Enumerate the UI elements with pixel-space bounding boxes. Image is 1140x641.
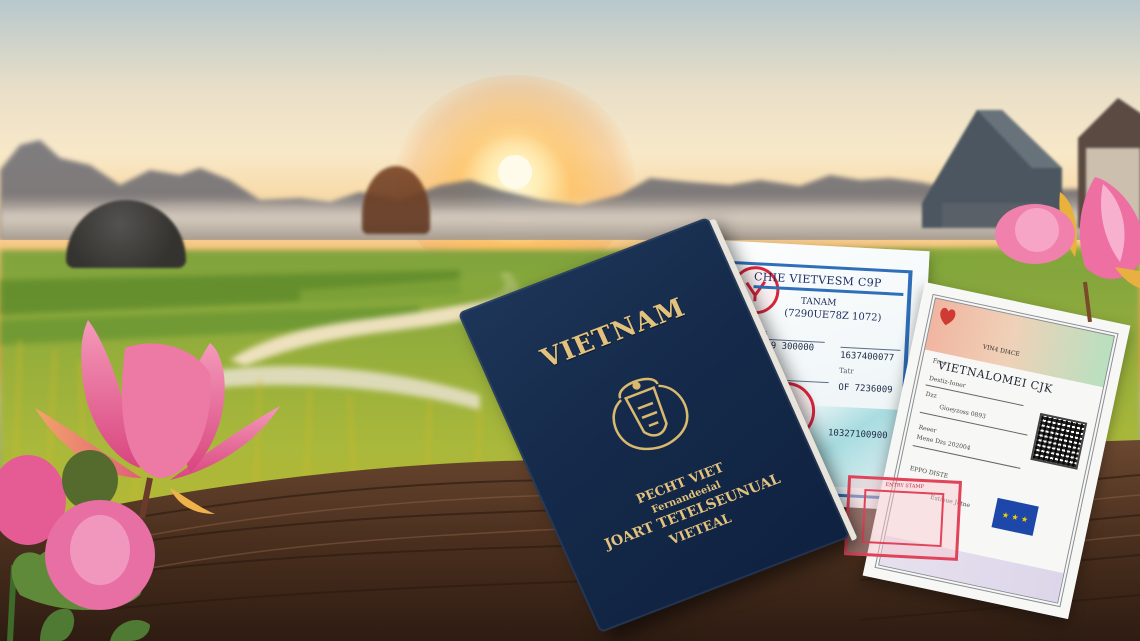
qr-code-icon <box>1030 413 1087 470</box>
photo-scene: CHIE VIETVESM C9P TANAM (7290UE78Z 1072)… <box>0 0 1140 641</box>
visa-card-subtitle: TANAM <box>801 297 837 309</box>
field-label: Tatr <box>839 367 854 376</box>
coat-of-arms-emblem-icon <box>584 355 713 471</box>
lotus-flower-right-icon <box>985 172 1140 322</box>
entry-stamp: ENTRY STAMP <box>844 475 962 561</box>
passport-country: VIETNAM <box>482 272 744 395</box>
lotus-buds-icon <box>0 445 180 641</box>
red-emblem-icon <box>934 303 960 329</box>
